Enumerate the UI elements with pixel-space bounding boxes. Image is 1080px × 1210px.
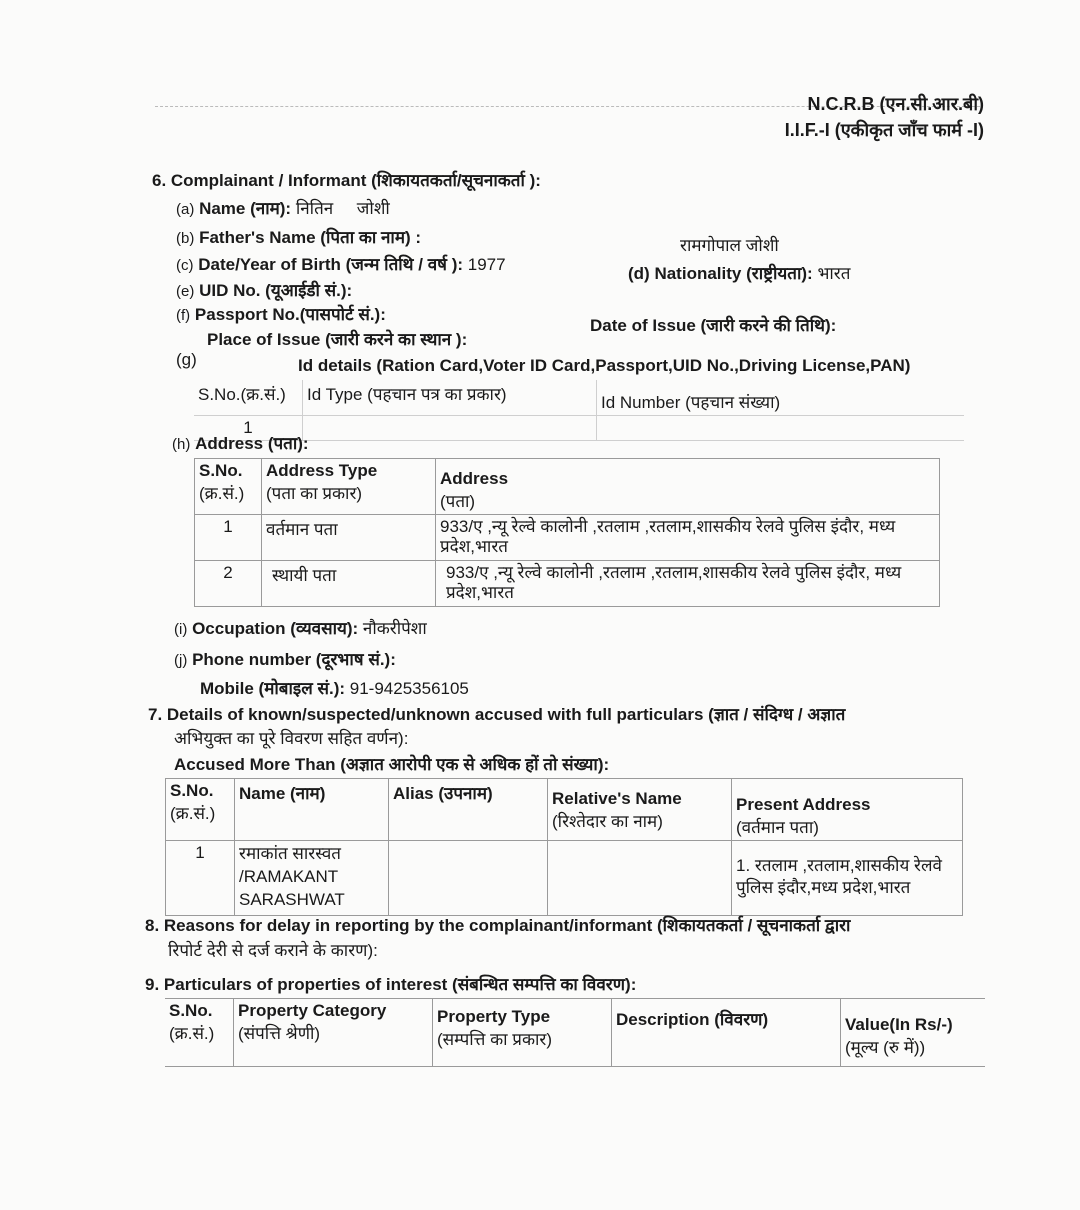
value: भारत (817, 264, 850, 283)
section-6-title: 6. Complainant / Informant (शिकायतकर्ता/… (152, 168, 541, 191)
label: Name (नाम): (199, 199, 291, 218)
col-description: Description (विवरण) (612, 999, 841, 1067)
label: Father's Name (पिता का नाम) : (199, 228, 421, 247)
col-present-address: Present Address(वर्तमान पता) (732, 779, 963, 841)
col-alias: Alias (उपनाम) (389, 779, 548, 841)
sno-cell: 1 (166, 841, 235, 916)
col-address-type: Address Type(पता का प्रकार) (262, 459, 436, 515)
value: नौकरीपेशा (363, 619, 427, 638)
accused-table: S.No.(क्र.सं.) Name (नाम) Alias (उपनाम) … (165, 778, 963, 916)
col-id-type: Id Type (पहचान पत्र का प्रकार) (303, 380, 597, 416)
marker: (j) (174, 652, 187, 669)
section-7-title: 7. Details of known/suspected/unknown ac… (148, 702, 845, 725)
col-id-number: Id Number (पहचान संख्या) (597, 380, 965, 416)
table-row: 1 रमाकांत सारस्वत /RAMAKANT SARASHWAT 1.… (166, 841, 963, 916)
accused-more-than: Accused More Than (अज्ञात आरोपी एक से अध… (174, 752, 609, 775)
field-uid: (e) UID No. (यूआईडी सं.): (176, 278, 352, 301)
field-occupation: (i) Occupation (व्यवसाय): नौकरीपेशा (174, 616, 427, 639)
marker: (d) (628, 264, 650, 283)
value: नितिन जोशी (296, 199, 390, 218)
marker: (i) (174, 621, 187, 638)
label: Phone number (दूरभाष सं.): (192, 650, 396, 669)
alias-cell (389, 841, 548, 916)
col-sno: S.No.(क्र.सं.) (166, 779, 235, 841)
section-8-title: 8. Reasons for delay in reporting by the… (145, 913, 850, 936)
col-name: Name (नाम) (235, 779, 389, 841)
label: Place of Issue (जारी करने का स्थान ): (207, 330, 467, 349)
marker: (c) (176, 257, 194, 274)
col-property-type: Property Type(सम्पत्ति का प्रकार) (433, 999, 612, 1067)
marker: (e) (176, 283, 194, 300)
sno-cell: 1 (195, 515, 262, 561)
col-value: Value(In Rs/-)(मूल्य (रु में)) (841, 999, 986, 1067)
label: Nationality (राष्ट्रीयता): (654, 264, 812, 283)
properties-table: S.No.(क्र.सं.) Property Category(संपत्ति… (165, 998, 985, 1067)
col-address: Address(पता) (436, 459, 940, 515)
label: Passport No.(पासपोर्ट सं.): (195, 305, 386, 324)
col-sno: S.No.(क्र.सं.) (165, 999, 234, 1067)
field-address-title: (h) Address (पता): (172, 431, 309, 454)
org-name: N.C.R.B (एन.सी.आर.बी) (808, 92, 984, 116)
table-row: 2 स्थायी पता 933/ए ,न्यू रेल्वे कालोनी ,… (195, 560, 940, 606)
sno-cell: 2 (195, 560, 262, 606)
table-header-row: S.No.(क्र.सं.) Name (नाम) Alias (उपनाम) … (166, 779, 963, 841)
table-header-row: S.No.(क्र.सं.) Id Type (पहचान पत्र का प्… (194, 380, 964, 416)
father-name-value: रामगोपाल जोशी (680, 233, 779, 256)
label: Date of Issue (जारी करने की तिथि): (590, 316, 836, 335)
field-mobile: Mobile (मोबाइल सं.): 91-9425356105 (200, 676, 469, 699)
id-number-cell (597, 416, 965, 441)
section-8-title-hindi: रिपोर्ट देरी से दर्ज कराने के कारण): (168, 938, 378, 961)
address-type-cell: स्थायी पता (262, 560, 436, 606)
id-details-table: S.No.(क्र.सं.) Id Type (पहचान पत्र का प्… (194, 380, 964, 441)
field-nationality: (d) Nationality (राष्ट्रीयता): भारत (628, 261, 850, 284)
field-passport: (f) Passport No.(पासपोर्ट सं.): (176, 302, 386, 325)
form-name: I.I.F.-I (एकीकृत जाँच फार्म -I) (785, 118, 984, 142)
id-type-cell (303, 416, 597, 441)
field-date-of-issue: Date of Issue (जारी करने की तिथि): (590, 313, 836, 336)
relative-name-cell (548, 841, 732, 916)
value: 1977 (468, 255, 506, 274)
field-place-of-issue: Place of Issue (जारी करने का स्थान ): (207, 327, 467, 350)
col-property-category: Property Category(संपत्ति श्रेणी) (234, 999, 433, 1067)
present-address-cell: 1. रतलाम ,रतलाम,शासकीय रेलवे पुलिस इंदौर… (732, 841, 963, 916)
table-header-row: S.No.(क्र.सं.) Address Type(पता का प्रका… (195, 459, 940, 515)
field-father-name: (b) Father's Name (पिता का नाम) : (176, 225, 421, 248)
marker: (a) (176, 201, 194, 218)
field-name: (a) Name (नाम): नितिन जोशी (176, 196, 390, 219)
col-sno: S.No.(क्र.सं.) (195, 459, 262, 515)
id-details-marker: (g) (176, 350, 197, 370)
address-cell: 933/ए ,न्यू रेल्वे कालोनी ,रतलाम ,रतलाम,… (436, 560, 940, 606)
table-header-row: S.No.(क्र.सं.) Property Category(संपत्ति… (165, 999, 985, 1067)
value: 91-9425356105 (350, 679, 469, 698)
label: Address (पता): (195, 434, 308, 453)
label: Occupation (व्यवसाय): (192, 619, 358, 638)
col-relative-name: Relative's Name(रिश्तेदार का नाम) (548, 779, 732, 841)
field-phone: (j) Phone number (दूरभाष सं.): (174, 647, 396, 670)
id-details-title: Id details (Ration Card,Voter ID Card,Pa… (298, 356, 910, 376)
address-table: S.No.(क्र.सं.) Address Type(पता का प्रका… (194, 458, 940, 607)
section-7-title-hindi: अभियुक्त का पूरे विवरण सहित वर्णन): (174, 726, 408, 749)
address-type-cell: वर्तमान पता (262, 515, 436, 561)
table-row: 1 वर्तमान पता 933/ए ,न्यू रेल्वे कालोनी … (195, 515, 940, 561)
col-sno: S.No.(क्र.सं.) (194, 380, 303, 416)
label: Date/Year of Birth (जन्म तिथि / वर्ष ): (198, 255, 463, 274)
section-9-title: 9. Particulars of properties of interest… (145, 972, 636, 995)
table-row: 1 (194, 416, 964, 441)
label: UID No. (यूआईडी सं.): (199, 281, 352, 300)
label: Mobile (मोबाइल सं.): (200, 679, 345, 698)
field-dob: (c) Date/Year of Birth (जन्म तिथि / वर्ष… (176, 252, 506, 275)
accused-name-cell: रमाकांत सारस्वत /RAMAKANT SARASHWAT (235, 841, 389, 916)
marker: (b) (176, 230, 194, 247)
address-cell: 933/ए ,न्यू रेल्वे कालोनी ,रतलाम ,रतलाम,… (436, 515, 940, 561)
marker: (h) (172, 436, 190, 453)
marker: (f) (176, 307, 190, 324)
